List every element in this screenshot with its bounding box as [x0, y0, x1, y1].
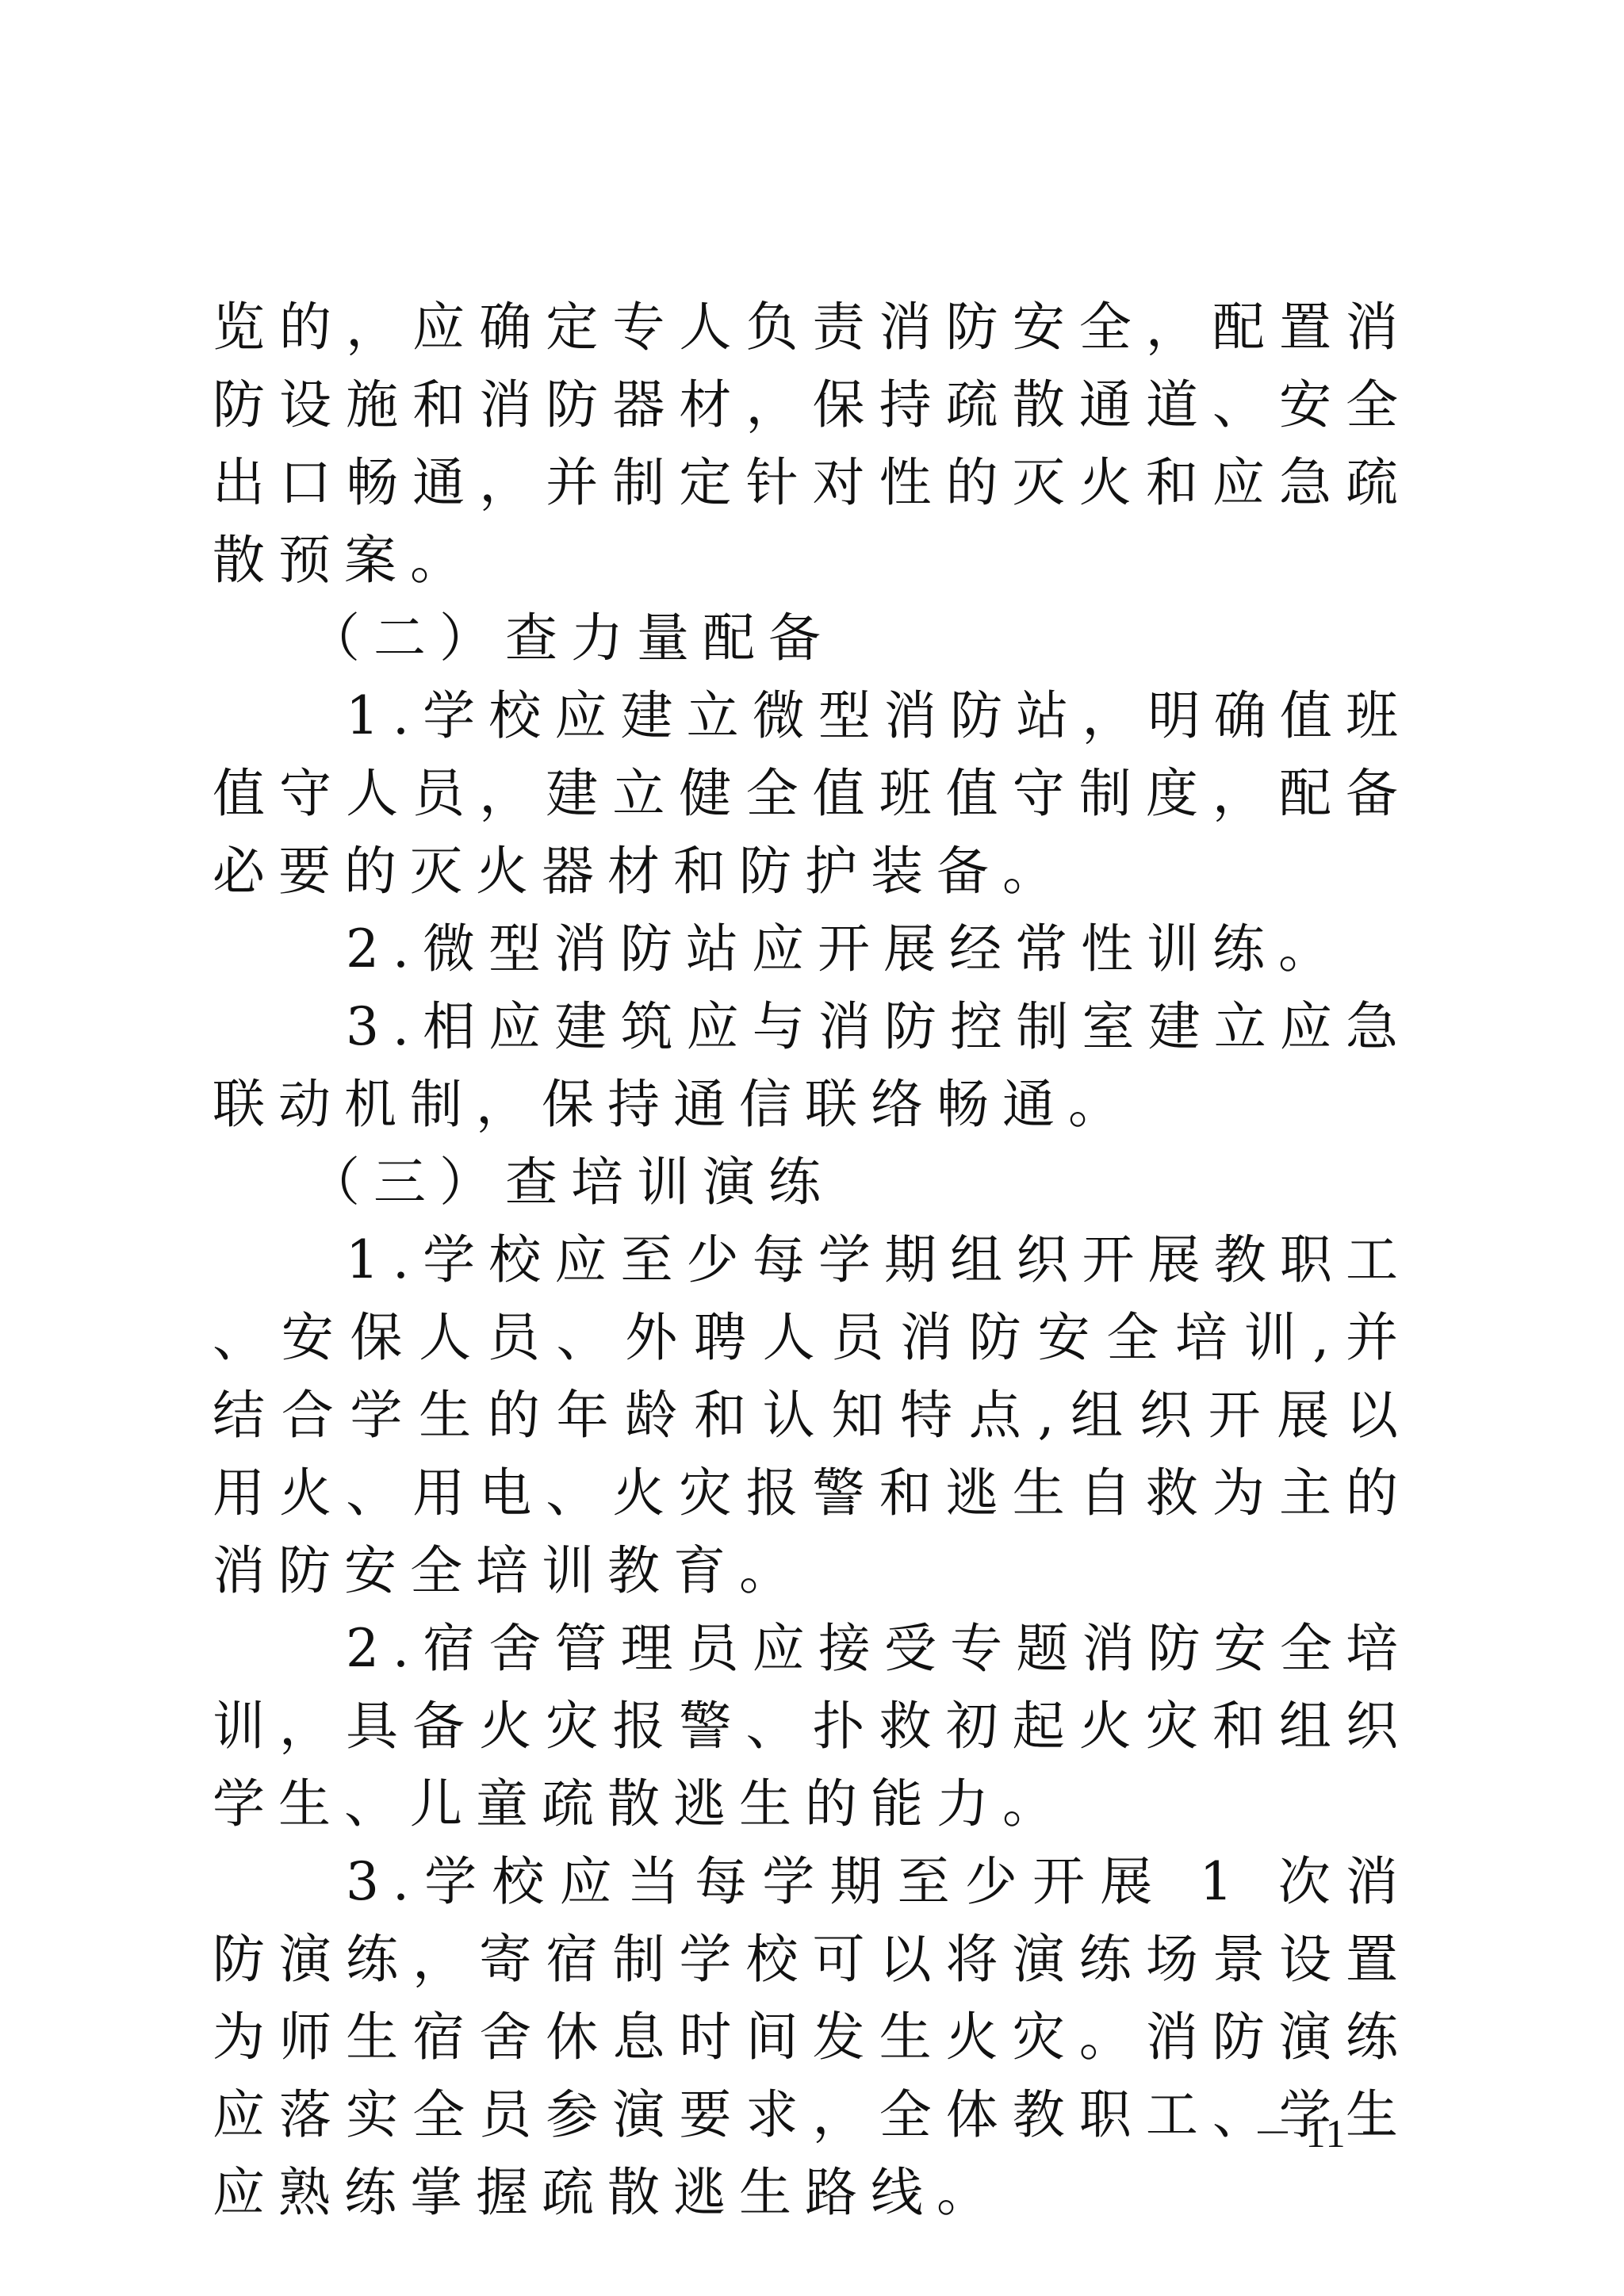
paragraph-item-2-training: 2.微型消防站应开展经常性训练。 [213, 910, 1411, 988]
paragraph-item-3-fire-drill: 3.学校应当每学期至少开展 1 次消防演练，寄宿制学校可以将演练场景设置为师生宿… [213, 1843, 1411, 2232]
paragraph-continuation: 览的，应确定专人负责消防安全，配置消防设施和消防器材，保持疏散通道、安全出口畅通… [213, 289, 1411, 600]
section-heading-force-equipment: （二）查力量配备 [213, 600, 1411, 677]
paragraph-item-1-safety-training: 1.学校应至少每学期组织开展教职工、安保人员、外聘人员消防安全培训,并结合学生的… [213, 1221, 1411, 1610]
paragraph-item-1-micro-fire-station: 1.学校应建立微型消防站，明确值班值守人员，建立健全值班值守制度，配备必要的灭火… [213, 677, 1411, 910]
page-number: － 11 － [1253, 2106, 1380, 2161]
paragraph-item-3-linkage: 3.相应建筑应与消防控制室建立应急联动机制，保持通信联络畅通。 [213, 988, 1411, 1144]
document-page: 览的，应确定专人负责消防安全，配置消防设施和消防器材，保持疏散通道、安全出口畅通… [0, 0, 1624, 2296]
paragraph-item-2-dorm-manager: 2.宿舍管理员应接受专题消防安全培训，具备火灾报警、扑救初起火灾和组织学生、儿童… [213, 1610, 1411, 1843]
document-body: 览的，应确定专人负责消防安全，配置消防设施和消防器材，保持疏散通道、安全出口畅通… [213, 289, 1411, 2232]
section-heading-training-drills: （三）查培训演练 [213, 1144, 1411, 1221]
